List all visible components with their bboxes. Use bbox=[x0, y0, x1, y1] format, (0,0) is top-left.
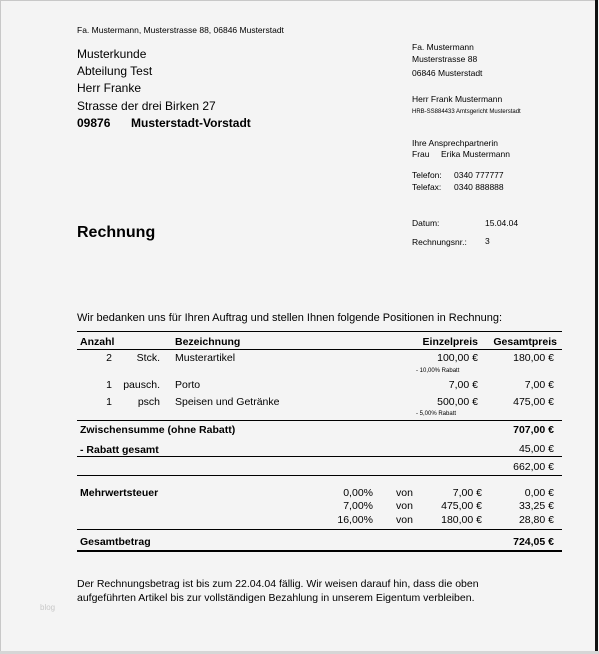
subtotal-value: 707,00 € bbox=[480, 424, 554, 436]
payment-terms-line1: Der Rechnungsbetrag ist bis zum 22.04.04… bbox=[77, 577, 479, 591]
document-title: Rechnung bbox=[77, 224, 155, 242]
vat-label: Mehrwertsteuer bbox=[80, 487, 158, 499]
net-rule bbox=[77, 475, 562, 476]
header-total: Gesamtpreis bbox=[480, 336, 557, 348]
vat-amount: 28,80 € bbox=[480, 514, 554, 526]
intro-text: Wir bedanken uns für Ihren Auftrag und s… bbox=[77, 312, 502, 324]
date-label: Datum: bbox=[412, 218, 439, 228]
recipient-line1: Musterkunde bbox=[77, 47, 146, 61]
recipient-line2: Abteilung Test bbox=[77, 64, 152, 78]
row-total: 475,00 € bbox=[480, 396, 554, 408]
vat-of: von bbox=[396, 487, 413, 499]
page-frame bbox=[0, 0, 595, 651]
discount-rule bbox=[77, 456, 562, 457]
grand-total-rule bbox=[77, 550, 562, 552]
company-register: HRB-SS884433 Amtsgericht Musterstadt bbox=[412, 109, 521, 115]
vat-amount: 0,00 € bbox=[480, 487, 554, 499]
row-qty: 1 bbox=[90, 379, 112, 391]
company-name: Fa. Mustermann bbox=[412, 42, 474, 52]
row-discount: - 5,00% Rabatt bbox=[416, 411, 456, 417]
contact-name: Erika Mustermann bbox=[441, 149, 510, 159]
grand-total-value: 724,05 € bbox=[480, 536, 554, 548]
items-bottom-rule bbox=[77, 420, 562, 421]
payment-terms-line2: aufgeführten Artikel bis zur vollständig… bbox=[77, 591, 479, 605]
company-street: Musterstrasse 88 bbox=[412, 54, 477, 64]
contact-salutation: Frau bbox=[412, 149, 429, 159]
sender-line: Fa. Mustermann, Musterstrasse 88, 06846 … bbox=[77, 25, 284, 35]
recipient-line3: Herr Franke bbox=[77, 81, 141, 95]
phone-label: Telefon: bbox=[412, 170, 442, 180]
vat-base: 180,00 € bbox=[420, 514, 482, 526]
company-owner: Herr Frank Mustermann bbox=[412, 94, 502, 104]
recipient-street: Strasse der drei Birken 27 bbox=[77, 99, 216, 113]
header-unit-price: Einzelpreis bbox=[400, 336, 478, 348]
discount-value: 45,00 € bbox=[480, 443, 554, 455]
header-desc: Bezeichnung bbox=[175, 336, 240, 348]
row-total: 180,00 € bbox=[480, 352, 554, 364]
watermark: blog bbox=[40, 603, 55, 612]
discount-label: - Rabatt gesamt bbox=[80, 444, 159, 456]
row-desc: Porto bbox=[175, 379, 200, 391]
row-desc: Musterartikel bbox=[175, 352, 235, 364]
invoice-number-label: Rechnungsnr.: bbox=[412, 237, 467, 247]
vat-rate: 16,00% bbox=[320, 514, 373, 526]
row-discount: - 10,00% Rabatt bbox=[416, 368, 459, 374]
row-qty: 1 bbox=[90, 396, 112, 408]
fax-label: Telefax: bbox=[412, 182, 441, 192]
phone-value: 0340 777777 bbox=[454, 170, 504, 180]
invoice-number-value: 3 bbox=[485, 236, 490, 246]
vat-amount: 33,25 € bbox=[480, 500, 554, 512]
vat-of: von bbox=[396, 500, 413, 512]
row-unit: psch bbox=[118, 396, 160, 408]
right-edge-bar bbox=[595, 0, 598, 651]
contact-label: Ihre Ansprechpartnerin bbox=[412, 138, 498, 148]
fax-value: 0340 888888 bbox=[454, 182, 504, 192]
row-unit-price: 500,00 € bbox=[400, 396, 478, 408]
vat-base: 475,00 € bbox=[420, 500, 482, 512]
payment-terms: Der Rechnungsbetrag ist bis zum 22.04.04… bbox=[77, 577, 479, 605]
header-rule bbox=[77, 349, 562, 350]
net-value: 662,00 € bbox=[480, 461, 554, 473]
row-unit-price: 100,00 € bbox=[400, 352, 478, 364]
subtotal-label: Zwischensumme (ohne Rabatt) bbox=[80, 424, 235, 436]
row-total: 7,00 € bbox=[480, 379, 554, 391]
vat-base: 7,00 € bbox=[420, 487, 482, 499]
row-qty: 2 bbox=[90, 352, 112, 364]
vat-of: von bbox=[396, 514, 413, 526]
date-value: 15.04.04 bbox=[485, 218, 518, 228]
header-qty: Anzahl bbox=[80, 336, 114, 348]
grand-total-label: Gesamtbetrag bbox=[80, 536, 151, 548]
recipient-city: Musterstadt-Vorstadt bbox=[131, 116, 251, 130]
row-unit: Stck. bbox=[118, 352, 160, 364]
company-city: 06846 Musterstadt bbox=[412, 68, 482, 78]
row-desc: Speisen und Getränke bbox=[175, 396, 280, 408]
vat-rule bbox=[77, 529, 562, 530]
table-top-rule bbox=[77, 331, 562, 332]
row-unit-price: 7,00 € bbox=[400, 379, 478, 391]
row-unit: pausch. bbox=[118, 379, 160, 391]
recipient-zip: 09876 bbox=[77, 116, 110, 130]
vat-rate: 0,00% bbox=[320, 487, 373, 499]
vat-rate: 7,00% bbox=[320, 500, 373, 512]
